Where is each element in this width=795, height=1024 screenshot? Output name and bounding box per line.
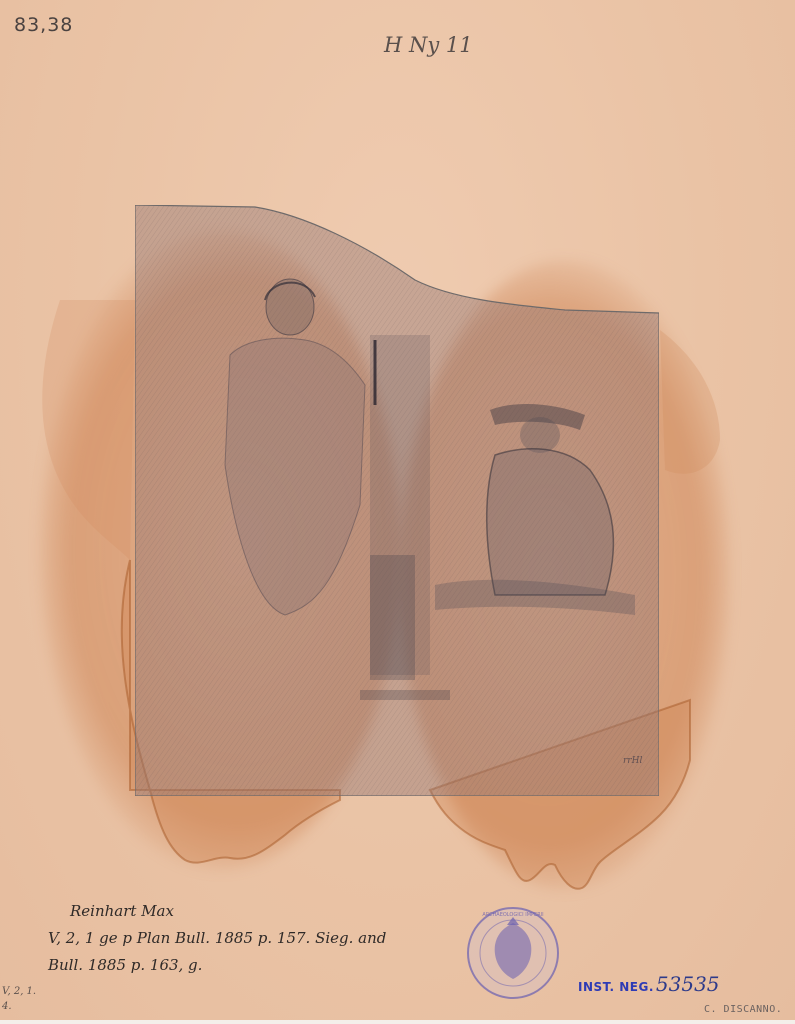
svg-text:rrHl: rrHl: [623, 756, 642, 766]
margin-note-line: V, 2, 1.: [2, 984, 36, 999]
margin-note: V, 2, 1. 4.: [2, 984, 36, 1014]
svg-text:ARCHAEOLOGICI IMPERII: ARCHAEOLOGICI IMPERII: [482, 912, 543, 918]
inst-neg-number: 53535: [656, 972, 720, 996]
photographer-credit: C. DISCANNO.: [704, 1004, 782, 1015]
scan-edge: [0, 1020, 795, 1024]
note-line: V, 2, 1 ge p Plan Bull. 1885 p. 157. Sie…: [48, 925, 386, 952]
sketch-drawing: rrHl: [135, 205, 659, 796]
note-line: Reinhart Max: [48, 898, 386, 925]
institute-seal-stamp-icon: ARCHAEOLOGICI IMPERII: [465, 905, 561, 1001]
top-handwritten-mark: H Ny 11: [384, 33, 473, 57]
note-line: Bull. 1885 p. 163, g.: [48, 952, 386, 979]
negative-number-stamp: INST. NEG. 53535: [578, 972, 720, 996]
inst-neg-label: INST. NEG.: [578, 980, 654, 994]
paper-sheet: rrHl 83,38 H Ny 11 Reinhart Max V, 2, 1 …: [0, 0, 795, 1024]
margin-note-line: 4.: [2, 999, 36, 1014]
reference-number: 83,38: [14, 14, 73, 36]
handwritten-notes: Reinhart Max V, 2, 1 ge p Plan Bull. 188…: [48, 898, 386, 979]
